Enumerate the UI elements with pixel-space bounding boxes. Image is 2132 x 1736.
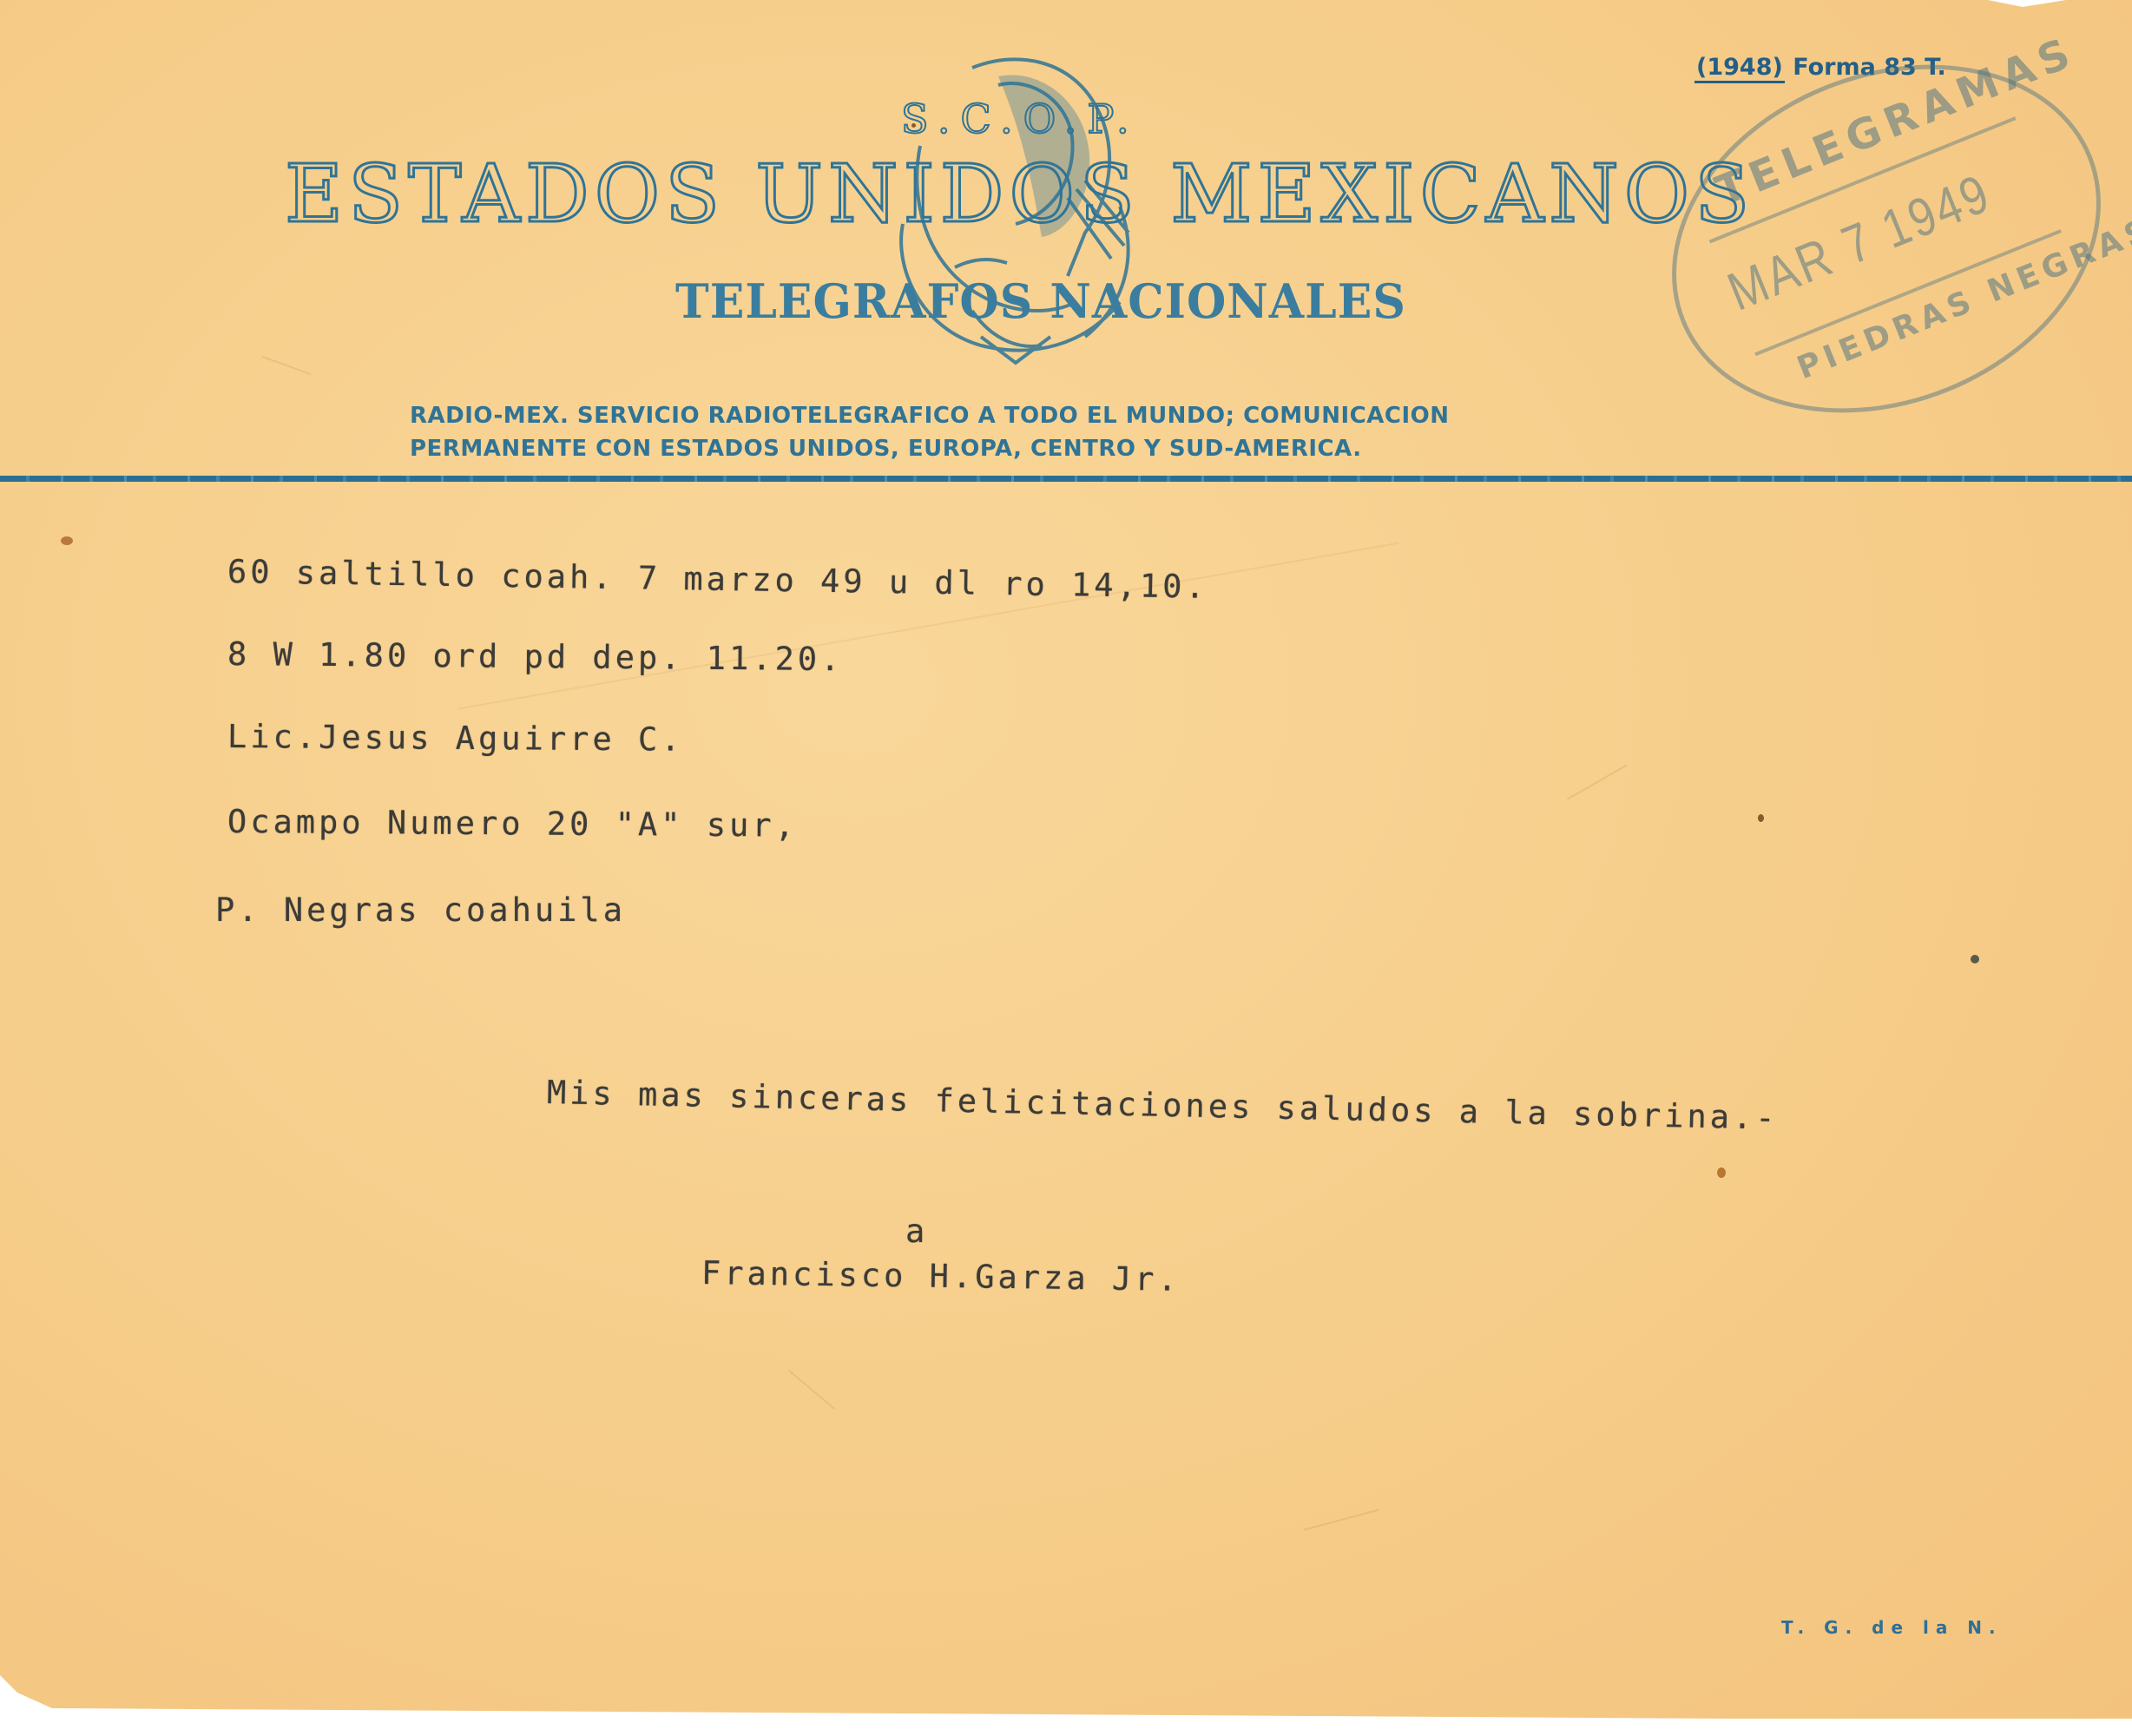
paper-speck <box>1971 955 1979 963</box>
closing-mark: a <box>905 1215 928 1247</box>
addressee-street: Ocampo Numero 20 "A" sur, <box>227 806 798 842</box>
paper-speck <box>1758 814 1764 822</box>
seal-letters: S.C.O.P. <box>901 95 1140 142</box>
preamble-line-2: 8 W 1.80 ord pd dep. 11.20. <box>227 638 844 675</box>
paper-stain <box>61 536 73 545</box>
paper-stain <box>1717 1167 1726 1178</box>
paper-fiber <box>788 1370 836 1410</box>
printer-code: T. G. de la N. <box>1781 1617 2003 1638</box>
addressee-city: P. Negras coahuila <box>215 894 626 926</box>
radio-service-line-2: PERMANENTE CON ESTADOS UNIDOS, EUROPA, C… <box>410 437 1362 460</box>
radio-service-line-1: RADIO-MEX. SERVICIO RADIOTELEGRAFICO A T… <box>410 404 1450 427</box>
letterhead-divider <box>0 476 2132 482</box>
paper-fiber <box>261 356 311 375</box>
signature: Francisco H.Garza Jr. <box>701 1257 1181 1296</box>
paper-fiber <box>1303 1509 1379 1530</box>
letterhead-title: ESTADOS UNIDOS MEXICANOS <box>285 155 1760 234</box>
form-code-year: (1948) <box>1694 54 1785 83</box>
paper-fiber <box>1567 764 1628 800</box>
addressee-name: Lic.Jesus Aguirre C. <box>227 720 684 756</box>
letterhead-subtitle: TELEGRAFOS NACIONALES <box>675 279 1406 326</box>
